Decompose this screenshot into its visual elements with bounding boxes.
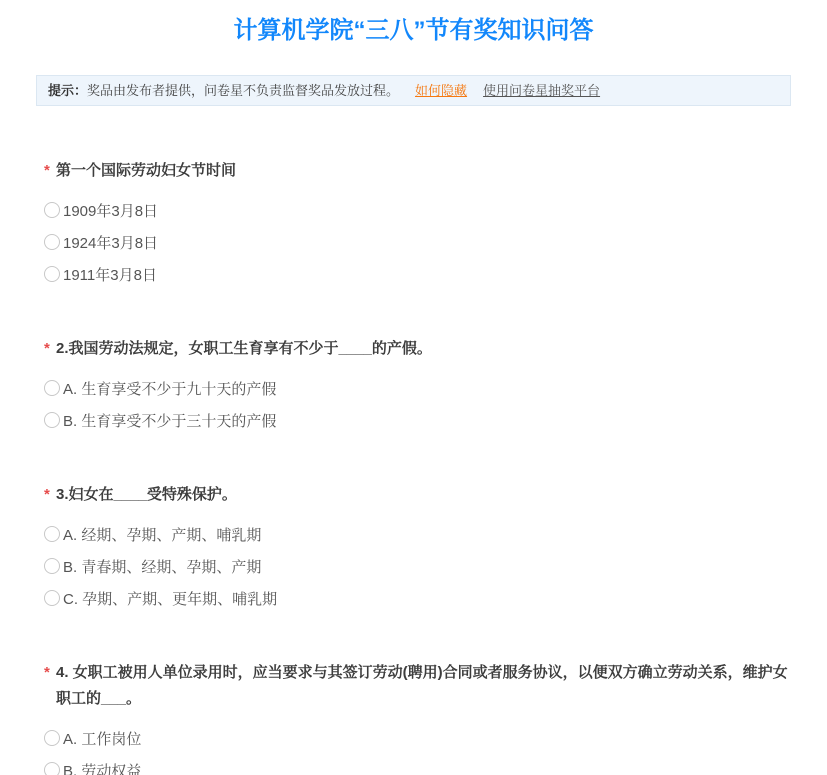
option-label: B. 生育享受不少于三十天的产假 (63, 410, 276, 431)
survey-page: 计算机学院“三八”节有奖知识问答 提示：奖品由发布者提供，问卷星不负责监督奖品发… (0, 0, 827, 775)
radio-button-icon[interactable] (44, 730, 60, 746)
radio-button-icon[interactable] (44, 266, 60, 282)
radio-button-icon[interactable] (44, 590, 60, 606)
option-label: A. 工作岗位 (63, 728, 141, 749)
question-title: * 第一个国际劳动妇女节时间 (44, 158, 791, 184)
option-label: 1909年3月8日 (63, 200, 158, 221)
radio-option[interactable]: A. 生育享受不少于九十天的产假 (44, 378, 791, 398)
radio-option[interactable]: A. 工作岗位 (44, 728, 791, 748)
question-text: 第一个国际劳动妇女节时间 (56, 158, 791, 184)
options-list: 1909年3月8日 1924年3月8日 1911年3月8日 (44, 200, 791, 284)
radio-button-icon[interactable] (44, 234, 60, 250)
notice-message: 奖品由发布者提供，问卷星不负责监督奖品发放过程。 (87, 83, 399, 98)
option-label: 1911年3月8日 (63, 264, 157, 285)
page-title: 计算机学院“三八”节有奖知识问答 (36, 0, 791, 46)
question-title: * 2.我国劳动法规定，女职工生育享有不少于____的产假。 (44, 336, 791, 362)
question-block: * 4. 女职工被用人单位录用时，应当要求与其签订劳动(聘用)合同或者服务协议，… (36, 660, 791, 775)
radio-option[interactable]: C. 孕期、产期、更年期、哺乳期 (44, 588, 791, 608)
options-list: A. 工作岗位 B. 劳动权益 (44, 728, 791, 775)
option-label: A. 经期、孕期、产期、哺乳期 (63, 524, 261, 545)
question-text: 3.妇女在____受特殊保护。 (56, 482, 791, 508)
question-block: * 2.我国劳动法规定，女职工生育享有不少于____的产假。 A. 生育享受不少… (36, 336, 791, 430)
question-text: 4. 女职工被用人单位录用时，应当要求与其签订劳动(聘用)合同或者服务协议，以便… (56, 660, 791, 712)
question-block: * 3.妇女在____受特殊保护。 A. 经期、孕期、产期、哺乳期 B. 青春期… (36, 482, 791, 608)
option-label: C. 孕期、产期、更年期、哺乳期 (63, 588, 277, 609)
lottery-platform-link[interactable]: 使用问卷星抽奖平台 (483, 83, 600, 98)
question-text: 2.我国劳动法规定，女职工生育享有不少于____的产假。 (56, 336, 791, 362)
option-label: B. 青春期、经期、孕期、产期 (63, 556, 261, 577)
required-asterisk: * (44, 482, 56, 508)
radio-button-icon[interactable] (44, 412, 60, 428)
option-label: 1924年3月8日 (63, 232, 158, 253)
radio-button-icon[interactable] (44, 558, 60, 574)
required-asterisk: * (44, 336, 56, 362)
radio-button-icon[interactable] (44, 762, 60, 775)
question-block: * 第一个国际劳动妇女节时间 1909年3月8日 1924年3月8日 1911年… (36, 158, 791, 284)
question-list: * 第一个国际劳动妇女节时间 1909年3月8日 1924年3月8日 1911年… (36, 158, 791, 775)
radio-option[interactable]: B. 劳动权益 (44, 760, 791, 775)
question-title: * 3.妇女在____受特殊保护。 (44, 482, 791, 508)
radio-button-icon[interactable] (44, 380, 60, 396)
hide-notice-link[interactable]: 如何隐藏 (415, 83, 467, 98)
option-label: A. 生育享受不少于九十天的产假 (63, 378, 276, 399)
radio-option[interactable]: 1909年3月8日 (44, 200, 791, 220)
radio-option[interactable]: B. 生育享受不少于三十天的产假 (44, 410, 791, 430)
radio-option[interactable]: 1911年3月8日 (44, 264, 791, 284)
radio-option[interactable]: B. 青春期、经期、孕期、产期 (44, 556, 791, 576)
required-asterisk: * (44, 660, 56, 712)
notice-prefix: 提示： (48, 83, 87, 98)
options-list: A. 经期、孕期、产期、哺乳期 B. 青春期、经期、孕期、产期 C. 孕期、产期… (44, 524, 791, 608)
options-list: A. 生育享受不少于九十天的产假 B. 生育享受不少于三十天的产假 (44, 378, 791, 430)
notice-bar: 提示：奖品由发布者提供，问卷星不负责监督奖品发放过程。如何隐藏使用问卷星抽奖平台 (36, 75, 791, 106)
radio-button-icon[interactable] (44, 202, 60, 218)
option-label: B. 劳动权益 (63, 760, 141, 775)
radio-option[interactable]: 1924年3月8日 (44, 232, 791, 252)
radio-button-icon[interactable] (44, 526, 60, 542)
question-title: * 4. 女职工被用人单位录用时，应当要求与其签订劳动(聘用)合同或者服务协议，… (44, 660, 791, 712)
required-asterisk: * (44, 158, 56, 184)
radio-option[interactable]: A. 经期、孕期、产期、哺乳期 (44, 524, 791, 544)
